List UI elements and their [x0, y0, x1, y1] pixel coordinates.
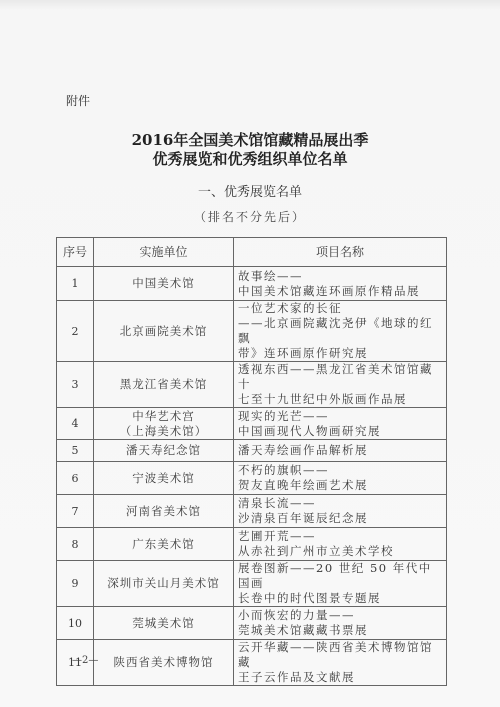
- table-row: 1中国美术馆故事绘——中国美术馆藏连环画原作精品展: [57, 267, 447, 301]
- project-cell: 现实的光芒——中国画现代人物画研究展: [234, 408, 447, 440]
- project-line: 一位艺术家的长征: [238, 301, 442, 316]
- project-cell: 清泉长流——沙清泉百年诞辰纪念展: [234, 495, 447, 528]
- organization-cell: 深圳市关山月美术馆: [94, 561, 234, 607]
- table-row: 3黑龙江省美术馆透视东西——黑龙江省美术馆馆藏十七至十九世纪中外版画作品展: [57, 362, 447, 408]
- table-row: 4中华艺术宫（上海美术馆）现实的光芒——中国画现代人物画研究展: [57, 408, 447, 440]
- row-number: 2: [57, 301, 94, 362]
- project-line: 沙清泉百年诞辰纪念展: [238, 511, 442, 526]
- organization-name: 中国美术馆: [98, 276, 229, 291]
- organization-name: 深圳市关山月美术馆: [98, 576, 229, 591]
- project-cell: 透视东西——黑龙江省美术馆馆藏十七至十九世纪中外版画作品展: [234, 362, 447, 408]
- exhibition-table: 序号 实施单位 项目名称 1中国美术馆故事绘——中国美术馆藏连环画原作精品展2北…: [56, 237, 447, 686]
- row-number: 3: [57, 362, 94, 408]
- organization-cell: 宁波美术馆: [94, 462, 234, 495]
- project-line: 故事绘——: [238, 269, 442, 284]
- organization-name: （上海美术馆）: [98, 424, 229, 439]
- project-line: 艺圃开荒——: [238, 529, 442, 544]
- row-number: 6: [57, 462, 94, 495]
- project-line: 中国美术馆藏连环画原作精品展: [238, 284, 442, 299]
- organization-cell: 中华艺术宫（上海美术馆）: [94, 408, 234, 440]
- project-cell: 云开华藏——陕西省美术博物馆馆藏王子云作品及文献展: [234, 640, 447, 686]
- project-line: 莞城美术馆藏藏书票展: [238, 623, 442, 638]
- row-number: 9: [57, 561, 94, 607]
- project-line: 带》连环画原作研究展: [238, 346, 442, 361]
- table-header-row: 序号 实施单位 项目名称: [57, 238, 447, 267]
- table-body: 1中国美术馆故事绘——中国美术馆藏连环画原作精品展2北京画院美术馆一位艺术家的长…: [57, 267, 447, 686]
- document-title-line2: 优秀展览和优秀组织单位名单: [0, 149, 500, 169]
- table-row: 5潘天寿纪念馆潘天寿绘画作品解析展: [57, 440, 447, 462]
- organization-name: 陕西省美术博物馆: [98, 655, 229, 670]
- project-line: 现实的光芒——: [238, 409, 442, 424]
- attachment-label: 附件: [66, 92, 90, 109]
- project-line: 云开华藏——陕西省美术博物馆馆藏: [238, 640, 442, 670]
- project-line: 从赤社到广州市立美术学校: [238, 544, 442, 559]
- row-number: 8: [57, 528, 94, 561]
- project-line: 中国画现代人物画研究展: [238, 424, 442, 439]
- project-cell: 不朽的旗帜——贺友直晚年绘画艺术展: [234, 462, 447, 495]
- row-number: 4: [57, 408, 94, 440]
- project-cell: 故事绘——中国美术馆藏连环画原作精品展: [234, 267, 447, 301]
- table-row: 10莞城美术馆小而恢宏的力量——莞城美术馆藏藏书票展: [57, 607, 447, 640]
- table-row: 11陕西省美术博物馆云开华藏——陕西省美术博物馆馆藏王子云作品及文献展: [57, 640, 447, 686]
- row-number: 7: [57, 495, 94, 528]
- project-line: 贺友直晚年绘画艺术展: [238, 478, 442, 493]
- project-line: 王子云作品及文献展: [238, 670, 442, 685]
- project-line: 展卷图新——20 世纪 50 年代中国画: [238, 561, 442, 591]
- header-number: 序号: [57, 238, 94, 267]
- project-cell: 展卷图新——20 世纪 50 年代中国画长卷中的时代图景专题展: [234, 561, 447, 607]
- row-number: 1: [57, 267, 94, 301]
- section-heading: 一、优秀展览名单: [0, 181, 500, 200]
- project-line: 小而恢宏的力量——: [238, 608, 442, 623]
- project-cell: 潘天寿绘画作品解析展: [234, 440, 447, 462]
- organization-name: 北京画院美术馆: [98, 324, 229, 339]
- organization-name: 潘天寿纪念馆: [98, 443, 229, 458]
- document-page: 附件 2016年全国美术馆馆藏精品展出季 优秀展览和优秀组织单位名单 一、优秀展…: [0, 0, 500, 707]
- project-line: 不朽的旗帜——: [238, 463, 442, 478]
- project-line: 潘天寿绘画作品解析展: [238, 443, 442, 458]
- ranking-note: （排名不分先后）: [0, 208, 500, 225]
- project-cell: 一位艺术家的长征——北京画院藏沈尧伊《地球的红飘带》连环画原作研究展: [234, 301, 447, 362]
- table-row: 6宁波美术馆不朽的旗帜——贺友直晚年绘画艺术展: [57, 462, 447, 495]
- organization-cell: 北京画院美术馆: [94, 301, 234, 362]
- header-project: 项目名称: [234, 238, 447, 267]
- table-row: 9深圳市关山月美术馆展卷图新——20 世纪 50 年代中国画长卷中的时代图景专题…: [57, 561, 447, 607]
- organization-name: 黑龙江省美术馆: [98, 377, 229, 392]
- organization-cell: 陕西省美术博物馆: [94, 640, 234, 686]
- organization-name: 莞城美术馆: [98, 616, 229, 631]
- organization-cell: 河南省美术馆: [94, 495, 234, 528]
- header-organization: 实施单位: [94, 238, 234, 267]
- project-line: 清泉长流——: [238, 496, 442, 511]
- organization-cell: 莞城美术馆: [94, 607, 234, 640]
- organization-name: 河南省美术馆: [98, 504, 229, 519]
- project-line: 七至十九世纪中外版画作品展: [238, 392, 442, 407]
- table-row: 2北京画院美术馆一位艺术家的长征——北京画院藏沈尧伊《地球的红飘带》连环画原作研…: [57, 301, 447, 362]
- organization-name: 中华艺术宫: [98, 409, 229, 424]
- table-row: 8广东美术馆艺圃开荒——从赤社到广州市立美术学校: [57, 528, 447, 561]
- project-line: ——北京画院藏沈尧伊《地球的红飘: [238, 316, 442, 346]
- organization-cell: 中国美术馆: [94, 267, 234, 301]
- organization-name: 广东美术馆: [98, 537, 229, 552]
- organization-cell: 广东美术馆: [94, 528, 234, 561]
- row-number: 5: [57, 440, 94, 462]
- organization-cell: 黑龙江省美术馆: [94, 362, 234, 408]
- project-cell: 小而恢宏的力量——莞城美术馆藏藏书票展: [234, 607, 447, 640]
- page-number: —2—: [72, 655, 98, 666]
- table-row: 7河南省美术馆清泉长流——沙清泉百年诞辰纪念展: [57, 495, 447, 528]
- project-line: 透视东西——黑龙江省美术馆馆藏十: [238, 362, 442, 392]
- project-line: 长卷中的时代图景专题展: [238, 591, 442, 606]
- organization-cell: 潘天寿纪念馆: [94, 440, 234, 462]
- document-title-line1: 2016年全国美术馆馆藏精品展出季: [0, 130, 500, 150]
- row-number: 10: [57, 607, 94, 640]
- organization-name: 宁波美术馆: [98, 471, 229, 486]
- project-cell: 艺圃开荒——从赤社到广州市立美术学校: [234, 528, 447, 561]
